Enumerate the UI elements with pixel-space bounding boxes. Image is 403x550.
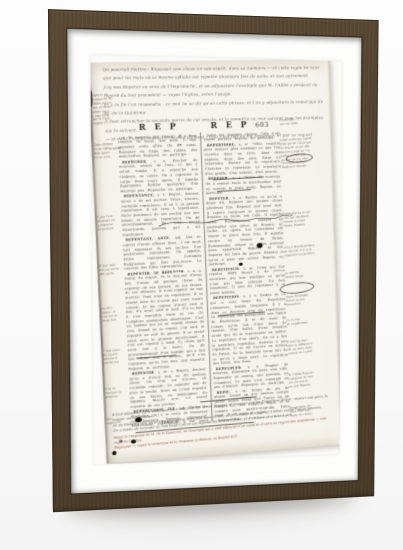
running-head-left: R E P xyxy=(117,120,200,132)
page-number: 603 xyxy=(255,120,269,128)
entry-body: s. f. Regret, douleur qu'on a de ses pec… xyxy=(121,192,201,237)
page-left-edge xyxy=(90,63,108,464)
entry-body: adj. Qui se repent d'avoir offensé Dieu.… xyxy=(123,235,202,271)
entry-body: s. m. Table, registre pour trouver plus … xyxy=(204,141,281,176)
margin-note: ce mot est du bel usage. xyxy=(285,268,333,280)
margin-note: Il faut met- tre cet exem- ple apres. xyxy=(99,263,122,277)
entry: REPENTANCE. s. f. Regret, douleur qu'on … xyxy=(121,192,201,238)
entry-body: sé de nouveau par l'esprit. Il a bien re… xyxy=(118,133,197,159)
mat-board: On pourroit mettre : Repasser une chose … xyxy=(67,29,361,494)
framed-print-photo: On pourroit mettre : Repasser une chose … xyxy=(0,0,403,550)
page-edge-tear xyxy=(90,90,92,107)
entry-headword: REPÊCHER. xyxy=(122,159,147,164)
dictionary-page: On pourroit mettre : Repasser une chose … xyxy=(90,59,342,464)
entry: REPENTIR. s. m. v. Regret, douleur qu'on… xyxy=(129,367,208,410)
dictionary-column-left: sé de nouveau par l'esprit. Il a bien re… xyxy=(118,132,212,427)
entry-headword: REPERTOIRE. xyxy=(207,142,236,147)
entry-headword: REPETER. xyxy=(209,196,230,201)
entry-body: peter les mesmes choses. Cela s'est repe… xyxy=(204,131,280,142)
entry: REPETITION. s. f. v. Redite de ce qui a … xyxy=(210,292,288,366)
entry-headword: REPENTIR. xyxy=(132,370,156,376)
margin-note: Il faut icy mar- quer la difference de c… xyxy=(287,336,335,356)
entry-body: s. f. v. Redite de ce qui a esté desja d… xyxy=(210,292,288,365)
art-print: On pourroit mettre : Repasser une chose … xyxy=(90,55,342,465)
entry: REPETER. v. a. Redire ce qu'on a desja d… xyxy=(206,194,285,268)
margin-note: M. l'Abbé Regnier a proposé de met- tre … xyxy=(288,369,336,389)
entry: REPESER. v. a. Peser de nouveau. On a re… xyxy=(205,174,282,196)
margin-note: bon. approuvé. xyxy=(106,416,129,426)
entry-headword: REPESER. xyxy=(208,176,229,181)
ink-blot xyxy=(131,439,136,443)
entry: sé de nouveau par l'esprit. Il a bien re… xyxy=(118,133,198,159)
margin-note: V. par l'em- phatique on y adjouste en p… xyxy=(97,214,121,232)
margin-note: Cette phrase ne se dit plus guere en ce … xyxy=(93,143,117,161)
entry: REPENTANT, ANTE. adj. Qui se repent d'av… xyxy=(123,235,202,272)
running-head-right: R E P603 xyxy=(199,118,279,130)
entry: REPETITEUR. s. m. Celuy qui fait repeter… xyxy=(209,264,286,296)
ink-blot xyxy=(257,243,263,248)
entry-headword: REPENTANCE. xyxy=(124,193,155,198)
circled-cross-mark: ⊕ xyxy=(119,438,124,444)
entry-headword: REPENTIR, SE REPENTIR. xyxy=(127,269,185,276)
printed-text-block: R E P R E P603 sé de nouveau par l'espri… xyxy=(117,118,290,428)
margin-note: s'il y a divertissement au second, il fa… xyxy=(284,243,333,259)
dictionary-column-right: peter les mesmes choses. Cela s'est repe… xyxy=(200,130,290,421)
entry-body: v. a. Redire ce qu'on a desja dit. Repet… xyxy=(206,194,284,267)
margin-note: Voyez la re- marque de M. l'Abbé sur ce … xyxy=(91,93,116,127)
running-head-right-label: R E P xyxy=(210,119,249,130)
margin-note: 7 fois aussi au figuré, comme il est dit… xyxy=(103,348,127,366)
entry-body: v. a. Peser de nouveau. On a repesé tout… xyxy=(205,174,281,195)
frame-front: On pourroit mettre : Repasser une chose … xyxy=(48,9,379,512)
running-head: R E P R E P603 xyxy=(117,118,280,132)
margin-note: Voyez l'exemple donné au mot precedent. xyxy=(286,291,334,307)
picture-frame: On pourroit mettre : Repasser une chose … xyxy=(48,9,379,512)
entry: REPERTOIRE. s. m. Table, registre pour t… xyxy=(204,141,282,177)
ink-blot xyxy=(135,417,142,422)
strike-mark xyxy=(136,355,176,359)
entry: REPENTIR, SE REPENTIR. v. n. p. Sentir d… xyxy=(124,268,206,371)
margin-note: On dira mieux : il s'en est re- penti fo… xyxy=(101,306,125,324)
two-column-text: sé de nouveau par l'esprit. Il a bien re… xyxy=(118,130,290,428)
entry-headword: REPENTANT, ANTE. xyxy=(126,236,171,242)
margin-note: V. la re- marque cy- dessous. xyxy=(105,386,128,400)
entry-body: v. n. p. Sentir du regret, de la douleur… xyxy=(124,268,205,371)
margin-note: on l'a mis au supplement. xyxy=(286,315,334,327)
entry: REPÊCHER. v. a. Pescher de nouveau, reti… xyxy=(119,158,199,194)
entry-body: v. a. Pescher de nouveau, retirer de l'e… xyxy=(119,158,198,194)
ink-blot xyxy=(112,451,116,455)
entry-body: s. m. v. Regret, douleur qu'on a d'avoir… xyxy=(129,367,207,409)
